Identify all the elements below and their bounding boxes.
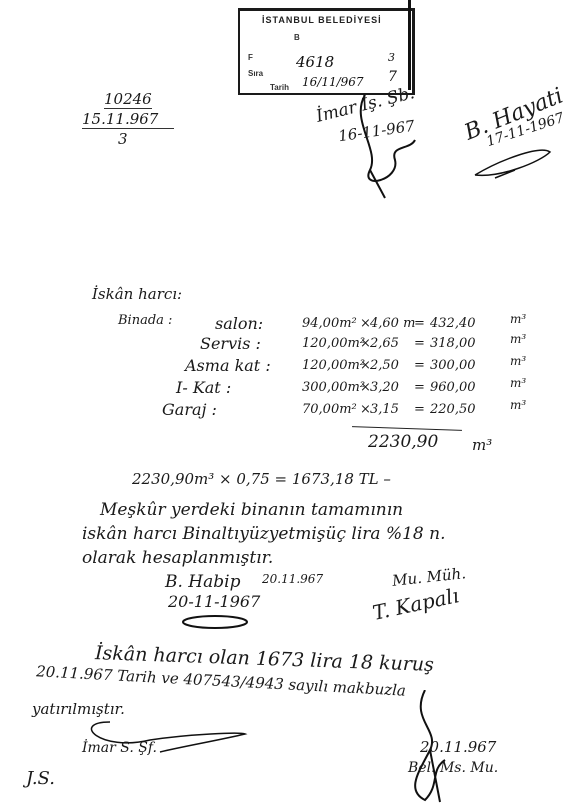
calc-row-height: 4,60 m bbox=[370, 316, 415, 331]
equals-sign: = bbox=[414, 380, 425, 395]
initials: J.S. bbox=[26, 768, 55, 789]
calc-row-result: 300,00 bbox=[430, 358, 476, 373]
stamp-label: Tarih bbox=[270, 83, 289, 92]
registry-date: 15.11.967 bbox=[82, 110, 174, 129]
calc-row-label: Asma kat : bbox=[185, 356, 271, 375]
calc-row-area: 94,00m² bbox=[302, 316, 357, 331]
calc-total-unit: m³ bbox=[472, 436, 492, 454]
calc-row-label: I- Kat : bbox=[176, 378, 231, 397]
calc-row-height: 3,15 bbox=[370, 402, 399, 417]
narrative-line: olarak hesaplanmıştır. bbox=[82, 548, 273, 568]
calc-row-result: 220,50 bbox=[430, 402, 476, 417]
stamp-label: F bbox=[248, 53, 253, 62]
signature-flourish bbox=[470, 140, 560, 180]
fee-calculation: 2230,90m³ × 0,75 = 1673,18 TL – bbox=[132, 470, 391, 488]
calc-row-label: Garaj : bbox=[162, 400, 217, 419]
receipt-signature: Bel. Ms. Mu. bbox=[408, 760, 498, 776]
equals-sign: = bbox=[414, 316, 425, 331]
engineer-signature: T. Kapalı bbox=[370, 583, 461, 625]
calc-row-result: 432,40 bbox=[430, 316, 476, 331]
calc-row-label: Servis : bbox=[200, 334, 261, 353]
calc-row-area: 120,00m² bbox=[302, 336, 365, 351]
equals-sign: = bbox=[414, 402, 425, 417]
stamp-label: B bbox=[294, 33, 300, 42]
calc-row-label: salon: bbox=[215, 314, 263, 333]
calc-row-area: 120,00m² bbox=[302, 358, 365, 373]
signature-scribble bbox=[340, 90, 430, 200]
calc-row-height: 3,20 bbox=[370, 380, 399, 395]
calc-group-label: Binada : bbox=[118, 313, 172, 328]
stamp-mark: 7 bbox=[388, 69, 397, 85]
calc-row-unit: m³ bbox=[510, 398, 526, 412]
calc-row-unit: m³ bbox=[510, 354, 526, 368]
habip-date-small: 20.11.967 bbox=[262, 572, 323, 586]
habip-date: 20-11-1967 bbox=[168, 592, 260, 611]
equals-sign: = bbox=[414, 358, 425, 373]
calc-row-unit: m³ bbox=[510, 332, 526, 346]
calc-row-result: 318,00 bbox=[430, 336, 476, 351]
calc-row-unit: m³ bbox=[510, 376, 526, 390]
calc-row-height: 2,50 bbox=[370, 358, 399, 373]
stamp-mark: 3 bbox=[388, 51, 395, 64]
narrative-line: iskân harcı Binaltıyüzyetmişüç lira %18 … bbox=[82, 524, 445, 544]
calc-title: İskân harcı: bbox=[92, 285, 182, 303]
registry-number: 10246 bbox=[104, 90, 152, 109]
calc-total: 2230,90 bbox=[368, 432, 438, 452]
calc-row-result: 960,00 bbox=[430, 380, 476, 395]
equals-sign: = bbox=[414, 336, 425, 351]
calc-row-area: 300,00m² bbox=[302, 380, 365, 395]
office-stamp: İSTANBUL BELEDİYESİ B F Sıra Tarih 4618 … bbox=[238, 8, 415, 95]
signature-underline bbox=[180, 612, 250, 632]
stamp-header: İSTANBUL BELEDİYESİ bbox=[262, 15, 382, 25]
calc-row-height: 2,65 bbox=[370, 336, 399, 351]
registry-index: 3 bbox=[118, 130, 128, 148]
narrative-line: Meşkûr yerdeki binanın tamamının bbox=[100, 500, 403, 520]
stamp-label: Sıra bbox=[248, 69, 263, 78]
calc-row-area: 70,00m² bbox=[302, 402, 357, 417]
stamp-date: 16/11/967 bbox=[302, 75, 364, 89]
habip-signature: B. Habip bbox=[165, 572, 240, 592]
imar-sef-signature: İmar S. Şf. bbox=[82, 740, 157, 756]
stamp-number: 4618 bbox=[296, 53, 334, 71]
calc-row-unit: m³ bbox=[510, 312, 526, 326]
receipt-date: 20.11.967 bbox=[420, 738, 496, 756]
